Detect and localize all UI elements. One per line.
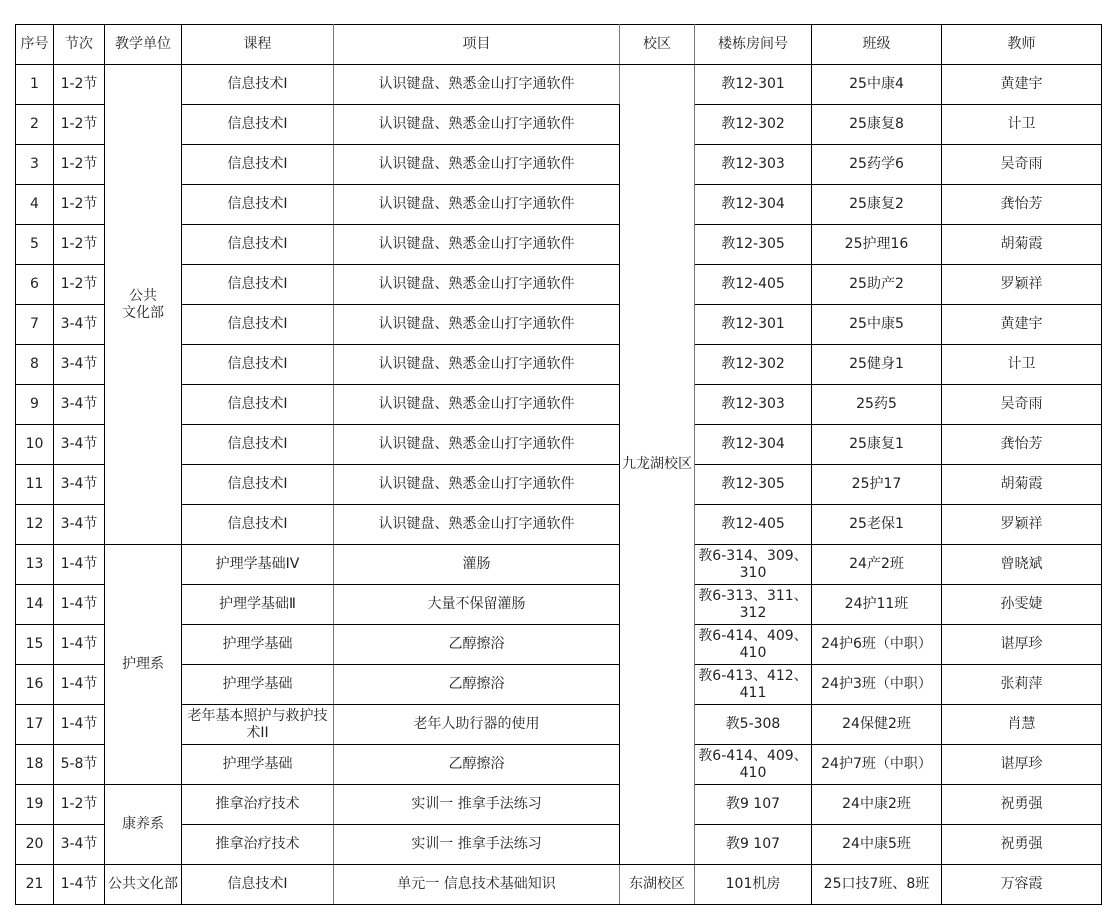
row-number: 3 [16,145,54,185]
row-number: 10 [16,425,54,465]
class-cell: 24护3班（中职） [812,665,942,705]
course-cell: 护理学基础 [182,625,334,665]
period-cell: 1-4节 [54,545,105,585]
teacher-cell: 罗颖祥 [942,265,1102,305]
room-cell: 教12-304 [695,425,812,465]
teacher-cell: 胡菊霞 [942,225,1102,265]
project-cell: 大量不保留灌肠 [334,585,620,625]
header-teacher: 教师 [942,25,1102,65]
row-number: 5 [16,225,54,265]
row-number: 2 [16,105,54,145]
room-cell: 教6-413、412、411 [695,665,812,705]
row-number: 17 [16,705,54,745]
teacher-cell: 黄建宇 [942,65,1102,105]
header-unit: 教学单位 [105,25,182,65]
class-cell: 24中康5班 [812,825,942,865]
table-row: 131-4节护理系护理学基础IV灌肠教6-314、309、31024产2班曾晓斌 [16,545,1102,585]
schedule-table: 序号 节次 教学单位 课程 项目 校区 楼栋房间号 班级 教师 11-2节公共 … [15,24,1102,905]
teaching-unit-cell: 公共 文化部 [105,65,182,545]
room-cell: 教12-303 [695,145,812,185]
room-cell: 教9 107 [695,825,812,865]
project-cell: 认识键盘、熟悉金山打字通软件 [334,105,620,145]
project-cell: 认识键盘、熟悉金山打字通软件 [334,505,620,545]
class-cell: 24护6班（中职） [812,625,942,665]
row-number: 11 [16,465,54,505]
project-cell: 乙醇擦浴 [334,665,620,705]
table-row: 211-4节公共文化部信息技术Ⅰ单元一 信息技术基础知识东湖校区101机房25口… [16,865,1102,905]
campus-cell: 东湖校区 [620,865,695,905]
period-cell: 1-2节 [54,185,105,225]
class-cell: 25老保1 [812,505,942,545]
period-cell: 3-4节 [54,385,105,425]
teacher-cell: 计卫 [942,105,1102,145]
course-cell: 信息技术Ⅰ [182,425,334,465]
project-cell: 认识键盘、熟悉金山打字通软件 [334,225,620,265]
course-cell: 信息技术Ⅰ [182,65,334,105]
period-cell: 3-4节 [54,425,105,465]
class-cell: 24保健2班 [812,705,942,745]
project-cell: 认识键盘、熟悉金山打字通软件 [334,265,620,305]
project-cell: 认识键盘、熟悉金山打字通软件 [334,345,620,385]
teacher-cell: 曾晓斌 [942,545,1102,585]
table-row: 11-2节公共 文化部信息技术Ⅰ认识键盘、熟悉金山打字通软件九龙湖校区教12-3… [16,65,1102,105]
teacher-cell: 祝勇强 [942,785,1102,825]
room-cell: 教12-303 [695,385,812,425]
class-cell: 24中康2班 [812,785,942,825]
room-cell: 教12-305 [695,465,812,505]
class-cell: 25康复2 [812,185,942,225]
course-cell: 推拿治疗技术 [182,785,334,825]
project-cell: 实训一 推拿手法练习 [334,825,620,865]
project-cell: 乙醇擦浴 [334,745,620,785]
row-number: 1 [16,65,54,105]
course-cell: 老年基本照护与救护技术II [182,705,334,745]
project-cell: 认识键盘、熟悉金山打字通软件 [334,145,620,185]
class-cell: 25口技7班、8班 [812,865,942,905]
row-number: 14 [16,585,54,625]
teacher-cell: 谌厚珍 [942,625,1102,665]
campus-cell: 九龙湖校区 [620,65,695,865]
class-cell: 25药5 [812,385,942,425]
period-cell: 3-4节 [54,505,105,545]
room-cell: 教12-304 [695,185,812,225]
project-cell: 老年人助行器的使用 [334,705,620,745]
class-cell: 24护7班（中职） [812,745,942,785]
teacher-cell: 龚怡芳 [942,185,1102,225]
period-cell: 1-2节 [54,785,105,825]
teacher-cell: 张莉萍 [942,665,1102,705]
class-cell: 25药学6 [812,145,942,185]
teaching-unit-cell: 护理系 [105,545,182,785]
room-cell: 教6-414、409、410 [695,745,812,785]
class-cell: 25护17 [812,465,942,505]
class-cell: 25助产2 [812,265,942,305]
row-number: 19 [16,785,54,825]
room-cell: 教12-405 [695,265,812,305]
room-cell: 教12-301 [695,65,812,105]
row-number: 18 [16,745,54,785]
room-cell: 教12-405 [695,505,812,545]
teacher-cell: 孙雯婕 [942,585,1102,625]
course-cell: 信息技术Ⅰ [182,505,334,545]
period-cell: 1-4节 [54,585,105,625]
course-cell: 信息技术Ⅰ [182,145,334,185]
teaching-unit-cell: 康养系 [105,785,182,865]
row-number: 8 [16,345,54,385]
header-room: 楼栋房间号 [695,25,812,65]
course-cell: 护理学基础IV [182,545,334,585]
teacher-cell: 龚怡芳 [942,425,1102,465]
header-class: 班级 [812,25,942,65]
room-cell: 教5-308 [695,705,812,745]
class-cell: 25康复1 [812,425,942,465]
header-row: 序号 节次 教学单位 课程 项目 校区 楼栋房间号 班级 教师 [16,25,1102,65]
course-cell: 信息技术Ⅰ [182,345,334,385]
project-cell: 认识键盘、熟悉金山打字通软件 [334,465,620,505]
row-number: 4 [16,185,54,225]
row-number: 15 [16,625,54,665]
header-campus: 校区 [620,25,695,65]
course-cell: 护理学基础Ⅱ [182,585,334,625]
teacher-cell: 万容霞 [942,865,1102,905]
teacher-cell: 谌厚珍 [942,745,1102,785]
period-cell: 1-2节 [54,225,105,265]
class-cell: 24产2班 [812,545,942,585]
class-cell: 25中康5 [812,305,942,345]
class-cell: 25康复8 [812,105,942,145]
row-number: 12 [16,505,54,545]
teacher-cell: 计卫 [942,345,1102,385]
room-cell: 101机房 [695,865,812,905]
class-cell: 25中康4 [812,65,942,105]
table-row: 191-2节康养系推拿治疗技术实训一 推拿手法练习教9 10724中康2班祝勇强 [16,785,1102,825]
room-cell: 教12-302 [695,345,812,385]
project-cell: 认识键盘、熟悉金山打字通软件 [334,305,620,345]
project-cell: 认识键盘、熟悉金山打字通软件 [334,65,620,105]
course-cell: 信息技术Ⅰ [182,185,334,225]
project-cell: 认识键盘、熟悉金山打字通软件 [334,385,620,425]
course-cell: 信息技术Ⅰ [182,865,334,905]
row-number: 7 [16,305,54,345]
project-cell: 认识键盘、熟悉金山打字通软件 [334,185,620,225]
header-period: 节次 [54,25,105,65]
header-course: 课程 [182,25,334,65]
course-cell: 信息技术Ⅰ [182,105,334,145]
course-cell: 护理学基础 [182,665,334,705]
course-cell: 推拿治疗技术 [182,825,334,865]
row-number: 9 [16,385,54,425]
course-cell: 护理学基础 [182,745,334,785]
period-cell: 1-4节 [54,705,105,745]
row-number: 20 [16,825,54,865]
project-cell: 认识键盘、熟悉金山打字通软件 [334,425,620,465]
course-cell: 信息技术Ⅰ [182,465,334,505]
course-cell: 信息技术Ⅰ [182,305,334,345]
period-cell: 3-4节 [54,825,105,865]
room-cell: 教6-313、311、312 [695,585,812,625]
course-cell: 信息技术Ⅰ [182,225,334,265]
class-cell: 24护11班 [812,585,942,625]
row-number: 21 [16,865,54,905]
room-cell: 教12-301 [695,305,812,345]
period-cell: 1-4节 [54,665,105,705]
class-cell: 25护理16 [812,225,942,265]
teacher-cell: 吴奇雨 [942,385,1102,425]
period-cell: 3-4节 [54,345,105,385]
course-cell: 信息技术Ⅰ [182,265,334,305]
room-cell: 教12-302 [695,105,812,145]
period-cell: 1-4节 [54,625,105,665]
period-cell: 1-2节 [54,145,105,185]
period-cell: 3-4节 [54,305,105,345]
room-cell: 教6-314、309、310 [695,545,812,585]
row-number: 16 [16,665,54,705]
teaching-unit-cell: 公共文化部 [105,865,182,905]
period-cell: 5-8节 [54,745,105,785]
teacher-cell: 罗颖祥 [942,505,1102,545]
period-cell: 3-4节 [54,465,105,505]
course-cell: 信息技术Ⅰ [182,385,334,425]
header-no: 序号 [16,25,54,65]
teacher-cell: 吴奇雨 [942,145,1102,185]
period-cell: 1-2节 [54,65,105,105]
project-cell: 灌肠 [334,545,620,585]
period-cell: 1-2节 [54,105,105,145]
room-cell: 教9 107 [695,785,812,825]
project-cell: 单元一 信息技术基础知识 [334,865,620,905]
room-cell: 教6-414、409、410 [695,625,812,665]
period-cell: 1-2节 [54,265,105,305]
teacher-cell: 肖慧 [942,705,1102,745]
period-cell: 1-4节 [54,865,105,905]
project-cell: 乙醇擦浴 [334,625,620,665]
teacher-cell: 祝勇强 [942,825,1102,865]
row-number: 6 [16,265,54,305]
project-cell: 实训一 推拿手法练习 [334,785,620,825]
teacher-cell: 胡菊霞 [942,465,1102,505]
row-number: 13 [16,545,54,585]
teacher-cell: 黄建宇 [942,305,1102,345]
class-cell: 25健身1 [812,345,942,385]
header-project: 项目 [334,25,620,65]
room-cell: 教12-305 [695,225,812,265]
